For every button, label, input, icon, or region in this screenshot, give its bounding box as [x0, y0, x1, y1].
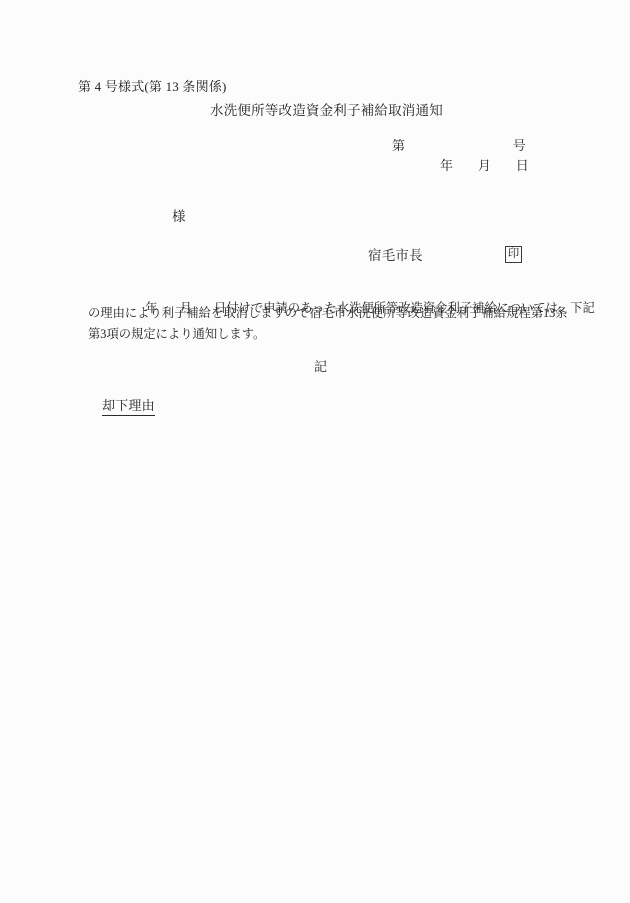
form-number: 第 4 号様式(第 13 条関係): [78, 79, 227, 95]
date-day-label: 日: [516, 158, 529, 174]
document-title: 水洗便所等改造資金利子補給取消通知: [210, 103, 443, 119]
document-page: 第 4 号様式(第 13 条関係) 水洗便所等改造資金利子補給取消通知 第 号 …: [0, 0, 630, 903]
sender-mayor-title: 宿毛市長: [368, 248, 423, 264]
body-paragraph-line3: 第3項の規定により通知します。: [88, 326, 265, 342]
date-year-label: 年: [440, 158, 453, 174]
date-row: 年 月 日: [440, 158, 529, 174]
seal-box: 印: [505, 246, 522, 263]
record-marker: 記: [314, 359, 327, 375]
doc-number-suffix: 号: [513, 138, 526, 154]
rejection-reason-label: 却下理由: [102, 398, 155, 416]
seal-label: 印: [508, 249, 520, 261]
document-number-row: 第 号: [392, 138, 526, 154]
date-month-label: 月: [478, 158, 491, 174]
doc-number-prefix: 第: [392, 138, 405, 154]
addressee-honorific: 様: [172, 209, 186, 225]
body-paragraph-line2: の理由により利子補給を取消しますので宿毛市水洗便所等改造資金利子補給規程第13条: [88, 305, 568, 321]
